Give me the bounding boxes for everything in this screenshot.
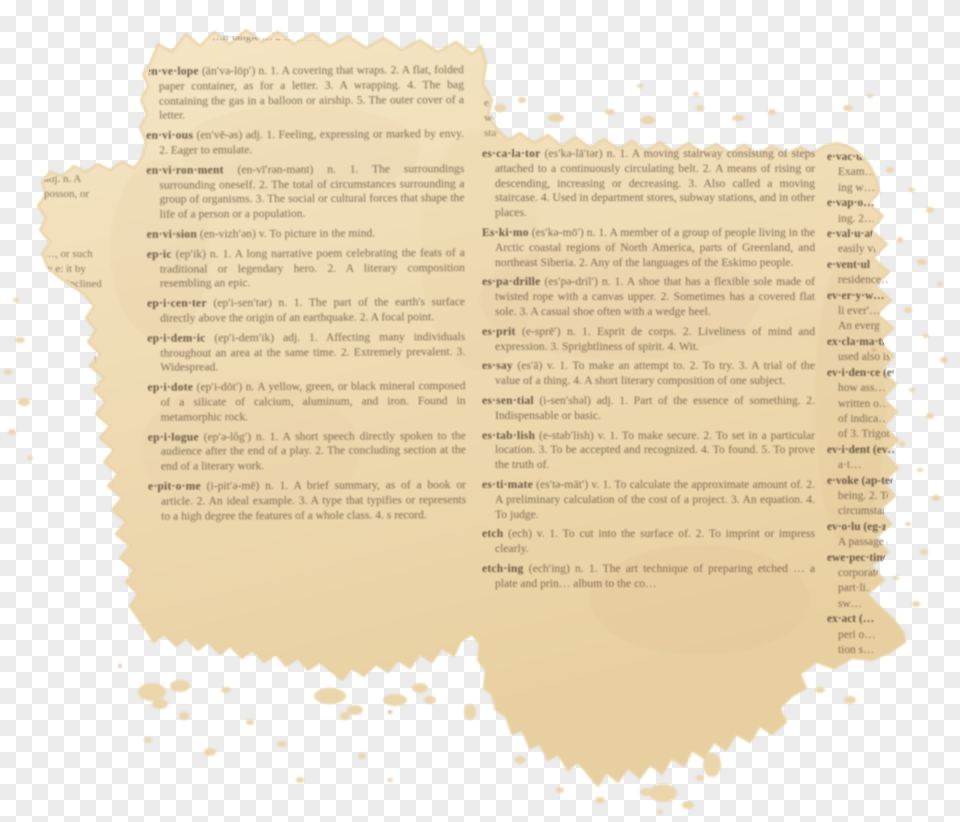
dictionary-column-right: es·ca·la·tor (es′kə-lā′tər) n. 1. A movi… [482, 147, 815, 597]
headword: en·vi·ron·ment [146, 163, 223, 176]
dictionary-column-left: en·ve·lope (än′və-lōp′) n. 1. A covering… [146, 63, 466, 529]
dictionary-entry: es·tab·lish (e-stab′lish) v. 1. To make … [482, 429, 815, 473]
definition-text: (es′kə-mō′) n. 1. A member of a group of… [495, 226, 815, 269]
dictionary-entry: es·prit (e-sprē′) n. 1. Esprit de corps.… [482, 325, 815, 355]
dictionary-entry: es·say (es′ā) v. 1. To make an attempt t… [482, 359, 815, 389]
definition-text: (e-sprē′) n. 1. Esprit de corps. 2. Live… [495, 325, 815, 353]
definition-text: (ep′i-sen′tər) n. 1. The part of the ear… [160, 295, 465, 324]
definition-text: (es′pə-dril′) n. 1. A shoe that has a fl… [495, 275, 815, 318]
dictionary-entry: Es·ki·mo (es′kə-mō′) n. 1. A member of a… [482, 226, 815, 270]
definition-text: (ep′i-dōt′) n. A yellow, green, or black… [161, 379, 466, 423]
headword: es·tab·lish [482, 429, 535, 442]
definition-text: (es′tə-māt′) v. 1. To calculate the appr… [495, 478, 815, 521]
text-fragment-line: …, or such [44, 247, 146, 262]
dictionary-entry: etch·ing (ech′ing) n. 1. The art techniq… [482, 562, 815, 592]
text-fragment-line [44, 232, 146, 247]
dictionary-entry: ep·i·logue (ep′ə-lôg′) n. 1. A short spe… [148, 429, 466, 475]
headword: ep·i·logue [148, 430, 199, 443]
text-fragment-line: ly e: it by [44, 262, 146, 277]
headword: es·prit [482, 325, 516, 338]
transparency-checkerboard-canvas: …n·tangle … a … …ed. 2. Extreme… adj. n.… [0, 0, 960, 822]
definition-text: (ep′i-dem′ik) adj. 1. Affecting many ind… [160, 330, 465, 374]
dictionary-entry: ep·ic (ep′ik) n. 1. A long narrative poe… [147, 246, 465, 292]
definition-text: (än′və-lōp′) n. 1. A covering that wraps… [159, 63, 464, 122]
definition-text: (ep′ik) n. 1. A long narrative poem cele… [160, 246, 465, 290]
headword: en·vi·sion [147, 228, 197, 241]
headword: etch [482, 527, 503, 540]
headword: es·ca·la·tor [482, 147, 540, 160]
dictionary-entry: etch (ech) v. 1. To cut into the surface… [482, 527, 815, 557]
definition-text: (ep′ə-lôg′) n. 1. A short speech directl… [161, 429, 466, 473]
dictionary-entry: ep·i·dote (ep′i-dōt′) n. A yellow, green… [147, 379, 465, 425]
headword: e·pit·o·me [148, 479, 201, 492]
headword: en·ve·lope [146, 65, 199, 78]
definition-text: (ech′ing) n. 1. The art technique of pre… [495, 562, 815, 590]
definition-text: (es′ā) v. 1. To make an attempt to. 2. T… [495, 359, 815, 387]
headword: en·vi·ous [146, 129, 193, 142]
definition-text: (e-stab′lish) v. 1. To make secure. 2. T… [495, 429, 815, 472]
headword: etch·ing [482, 562, 524, 575]
headword: ep·i·dote [147, 381, 193, 394]
definition-text: (i-pit′ə-mē) n. 1. A brief summary, as o… [161, 478, 466, 522]
dictionary-entry: en·vi·ous (en′vē-əs) adj. 1. Feeling, ex… [146, 127, 464, 158]
definition-text: (en-vizh′ən) v. To picture in the mind. [197, 227, 375, 241]
headword: es·say [482, 359, 513, 372]
definition-text: (ech) v. 1. To cut into the surface of. … [495, 527, 815, 555]
dictionary-entry: es·ti·mate (es′tə-māt′) v. 1. To calcula… [482, 478, 815, 522]
text-fragment-line [44, 217, 146, 232]
headword: ep·i·dem·ic [147, 331, 205, 344]
headword: es·sen·tial [482, 394, 534, 407]
definition-text: (i-sen′shəl) adj. 1. Part of the essence… [495, 394, 815, 422]
text-fragment-line: posson, or [44, 187, 146, 202]
text-fragment-line [44, 202, 146, 217]
dictionary-entry: es·pa·drille (es′pə-dril′) n. 1. A shoe … [482, 275, 815, 319]
headword: es·pa·drille [482, 275, 540, 288]
definition-text: (en′vē-əs) adj. 1. Feeling, expressing o… [159, 127, 464, 156]
dictionary-entry: ep·i·cen·ter (ep′i-sen′tər) n. 1. The pa… [147, 295, 465, 326]
headword: es·ti·mate [482, 478, 533, 491]
definition-text: (es′kə-lā′tər) n. 1. A moving stairway c… [495, 147, 815, 219]
dictionary-entry: en·vi·ron·ment (en-vī′rən-mənt) n. 1. Th… [146, 162, 464, 223]
dictionary-entry: ep·i·dem·ic (ep′i-dem′ik) adj. 1. Affect… [147, 330, 465, 376]
dictionary-entry: es·ca·la·tor (es′kə-lā′tər) n. 1. A movi… [482, 147, 815, 221]
dictionary-entry: en·vi·sion (en-vizh′ən) v. To picture in… [147, 226, 465, 242]
headword: ep·ic [147, 247, 172, 260]
headword: ep·i·cen·ter [147, 297, 207, 310]
dictionary-entry: e·pit·o·me (i-pit′ə-mē) n. 1. A brief su… [148, 478, 466, 524]
dictionary-entry: en·ve·lope (än′və-lōp′) n. 1. A covering… [146, 63, 464, 124]
dictionary-entry: es·sen·tial (i-sen′shəl) adj. 1. Part of… [482, 394, 815, 424]
headword: Es·ki·mo [482, 226, 529, 239]
